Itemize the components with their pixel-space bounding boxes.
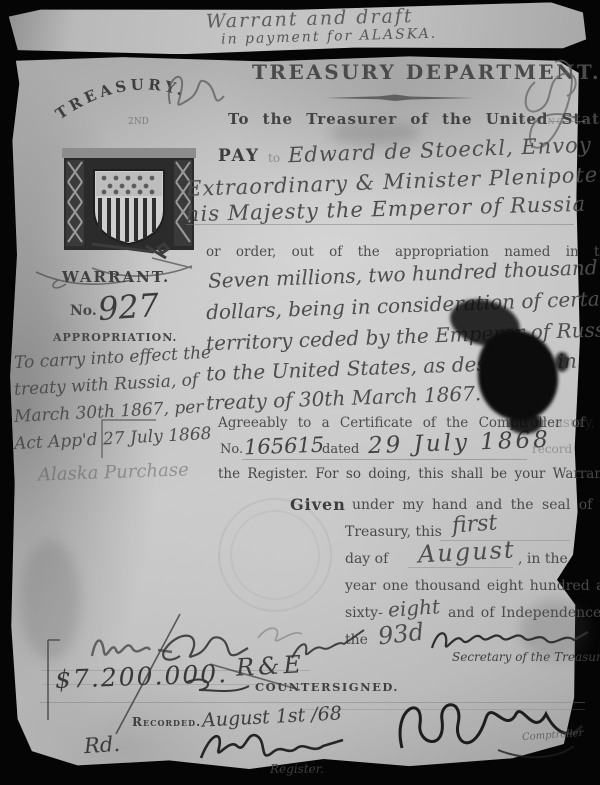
certificate-dated-label: dated bbox=[322, 442, 359, 457]
greeting-rule bbox=[548, 121, 586, 122]
amount-line2: dollars, being in consideration of certa… bbox=[206, 286, 600, 324]
document-content: TREASURY. 2ND TREASURY DEPARTMENT. To th… bbox=[0, 0, 600, 785]
amount-flourish-icon bbox=[185, 672, 255, 702]
warrant-number: 927 bbox=[97, 286, 161, 328]
vignette-engraving-icon bbox=[62, 148, 196, 256]
greeting-word: Greeting: bbox=[500, 113, 571, 127]
margin-bracket-icon bbox=[100, 418, 160, 478]
ink-blot-speck bbox=[555, 352, 569, 372]
embossed-seal-inner bbox=[230, 510, 320, 600]
given-word: Given bbox=[290, 495, 346, 514]
amount-line5: treaty of 30th March 1867. bbox=[206, 381, 482, 415]
margin-note-line2: treaty with Russia, of bbox=[14, 370, 199, 400]
appropriation-label: APPROPRIATION. bbox=[53, 331, 177, 344]
comptroller-signature-scribble-icon bbox=[388, 690, 588, 765]
payee-underline bbox=[186, 224, 574, 225]
to-label: to bbox=[268, 151, 280, 165]
ink-blot-drip bbox=[508, 412, 542, 434]
arc-substamp: 2ND bbox=[128, 117, 149, 127]
margin-note-line1: To carry into effect the bbox=[14, 343, 212, 373]
testimonium-line2-pre: Treasury, this bbox=[345, 524, 442, 540]
testimonium-august: August bbox=[417, 535, 516, 568]
pencil-monogram-icon bbox=[162, 66, 232, 116]
rd-note: Rd. bbox=[83, 732, 121, 758]
testimonium-line4: year one thousand eight hundred and bbox=[345, 578, 600, 594]
ornament-dash-icon bbox=[325, 92, 475, 104]
treasury-vignette bbox=[62, 148, 196, 256]
certificate-line3: the Register. For so doing, this shall b… bbox=[218, 466, 600, 482]
certificate-no-label: No. bbox=[220, 442, 243, 457]
pay-label: PAY bbox=[218, 146, 260, 166]
testimonium-line3-post: , in the bbox=[518, 551, 568, 567]
countersigned-label: COUNTERSIGNED. bbox=[255, 680, 399, 694]
testimonium-93d: 93d bbox=[377, 618, 426, 651]
certificate-number: 165615 bbox=[244, 433, 325, 460]
warrant-label: WARRANT. bbox=[62, 268, 170, 286]
testimonium-first: first bbox=[451, 510, 498, 538]
warrant-no-label: No. bbox=[70, 303, 97, 319]
amount-line1: Seven millions, two hundred thousand bbox=[208, 255, 598, 293]
testimonium-line1: under my hand and the seal of the bbox=[352, 497, 600, 513]
certificate-underline bbox=[242, 459, 527, 460]
smudge-mid-left bbox=[20, 540, 80, 660]
smudge-bottom-right bbox=[520, 600, 590, 660]
photograph-of-warrant: Warrant and draft in payment for ALASKA.… bbox=[0, 0, 600, 785]
smudge-top-center bbox=[330, 120, 420, 146]
recorded-label: Recorded. bbox=[132, 715, 201, 729]
testimonium-line3-pre: day of bbox=[345, 551, 388, 567]
register-title: Register. bbox=[270, 762, 324, 776]
august-underline bbox=[408, 567, 513, 568]
certificate-record-word: record bbox=[532, 442, 572, 456]
